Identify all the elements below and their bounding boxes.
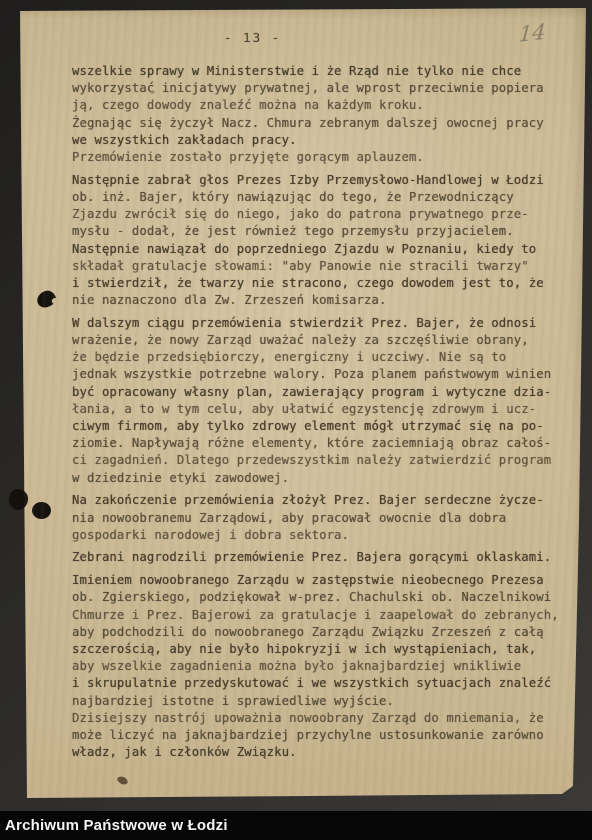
- paragraph: W dalszym ciągu przemówienia stwierdził …: [72, 315, 572, 487]
- text-line: we wszystkich zakładach pracy.: [72, 132, 572, 149]
- page-number: - 13 -: [224, 30, 281, 45]
- text-line: ob. Zgierskiego, podziękował w-prez. Cha…: [72, 589, 572, 606]
- text-line: Zjazdu zwrócił się do niego, jako do pat…: [72, 206, 572, 223]
- text-line: jednak wszystkie potrzebne walory. Poza …: [72, 366, 572, 383]
- text-line: ziomie. Napływają różne elementy, które …: [72, 435, 572, 452]
- paragraph: wszelkie sprawy w Ministerstwie i że Rzą…: [72, 63, 572, 166]
- text-line: nia nowoobranemu Zarządowi, aby pracował…: [72, 510, 572, 527]
- text-line: aby wszelkie zagadnienia można było jakn…: [72, 658, 572, 675]
- archive-watermark-band: Archiwum Państwowe w Łodzi: [0, 811, 592, 840]
- text-line: łania, a to w tym celu, aby ułatwić egzy…: [72, 401, 572, 418]
- text-line: mysłu - dodał, że jest również tego prze…: [72, 223, 572, 240]
- text-line: Dzisiejszy nastrój upoważnia nowoobrany …: [72, 710, 572, 727]
- text-line: Chmurze i Prez. Bajerowi za gratulacje i…: [72, 607, 572, 624]
- text-line: władz, jak i członków Związku.: [72, 744, 572, 761]
- text-line: aby podchodzili do nowoobranego Zarządu …: [72, 624, 572, 641]
- text-line: składał gratulacje słowami: "aby Panowie…: [72, 258, 572, 275]
- text-line: i skrupulatnie przedyskutować i we wszys…: [72, 675, 572, 692]
- paper-stain: [150, 90, 155, 94]
- paragraph: Następnie zabrał głos Prezes Izby Przemy…: [72, 172, 572, 310]
- text-line: wrażenie, że nowy Zarząd uważać należy z…: [72, 332, 572, 349]
- text-line: w dziedzinie etyki zawodowej.: [72, 470, 572, 487]
- text-line: Następnie zabrał głos Prezes Izby Przemy…: [72, 172, 572, 189]
- paragraph: Zebrani nagrodzili przemówienie Prez. Ba…: [72, 549, 572, 566]
- text-line: może liczyć na jaknajbardziej przychylne…: [72, 727, 572, 744]
- text-line: Imieniem nowoobranego Zarządu w zastępst…: [72, 572, 572, 589]
- text-line: wszelkie sprawy w Ministerstwie i że Rzą…: [72, 63, 572, 80]
- paragraph: Imieniem nowoobranego Zarządu w zastępst…: [72, 572, 572, 761]
- handwritten-page-annotation: 14: [518, 19, 546, 46]
- text-line: gospodarki narodowej i dobra sektora.: [72, 527, 572, 544]
- document-text: wszelkie sprawy w Ministerstwie i że Rzą…: [72, 63, 572, 767]
- text-line: Następnie nawiązał do poprzedniego Zjazd…: [72, 241, 572, 258]
- text-line: ją, czego dowody znaleźć można na każdym…: [72, 97, 572, 114]
- text-line: wykorzystać inicjatywy prywatnej, ale wp…: [72, 80, 572, 97]
- text-line: szczerością, aby nie było hipokryzji w i…: [72, 641, 572, 658]
- ink-blot: [32, 502, 51, 519]
- text-line: ob. inż. Bajer, który nawiązując do tego…: [72, 189, 572, 206]
- text-line: najbardziej istotne i sprawiedliwe wyjśc…: [72, 693, 572, 710]
- text-line: być opracowany własny plan, zawierający …: [72, 384, 572, 401]
- archive-watermark-text: Archiwum Państwowe w Łodzi: [5, 817, 228, 834]
- scanned-document-photo: - 13 - 14 wszelkie sprawy w Ministerstwi…: [0, 0, 592, 840]
- text-line: Zebrani nagrodzili przemówienie Prez. Ba…: [72, 549, 572, 566]
- text-line: ci zagadnień. Dlatego przedewszystkim na…: [72, 452, 572, 469]
- text-line: nie naznaczono dla Zw. Zrzeszeń komisarz…: [72, 292, 572, 309]
- text-line: Przemówienie zostało przyjęte gorącym ap…: [72, 149, 572, 166]
- text-line: Na zakończenie przemówienia złożył Prez.…: [72, 492, 572, 509]
- text-line: że będzie przedsiębiorczy, energiczny i …: [72, 349, 572, 366]
- text-line: i stwierdził, że twarzy nie stracono, cz…: [72, 275, 572, 292]
- text-line: ciwym firmom, aby tylko zdrowy element m…: [72, 418, 572, 435]
- text-line: W dalszym ciągu przemówienia stwierdził …: [72, 315, 572, 332]
- text-line: Żegnając się życzył Nacz. Chmura zebrany…: [72, 115, 572, 132]
- paragraph: Na zakończenie przemówienia złożył Prez.…: [72, 492, 572, 544]
